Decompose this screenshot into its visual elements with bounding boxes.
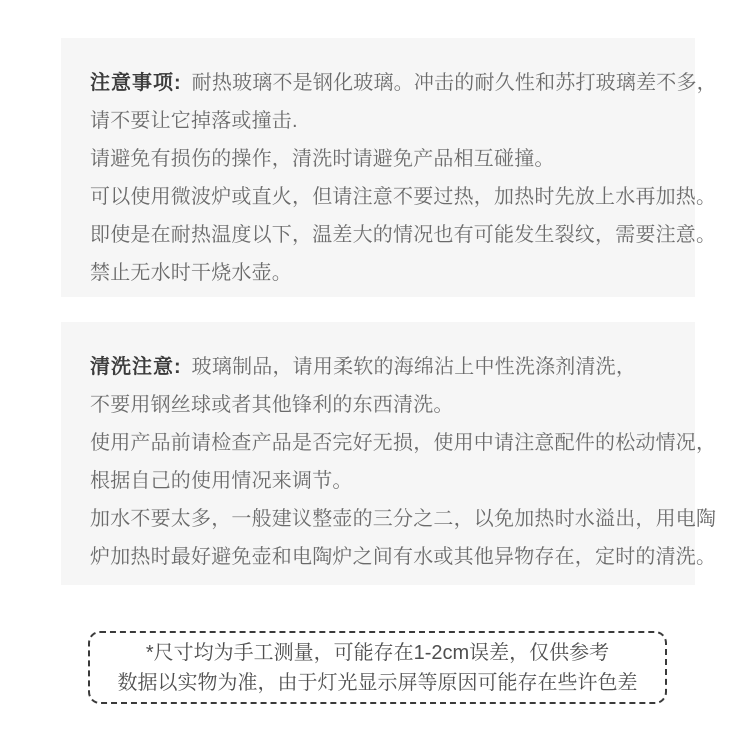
disclaimer-line: 数据以实物为准，由于灯光显示屏等原因可能存在些许色差	[118, 668, 638, 698]
notice-line: 可以使用微波炉或直火，但请注意不要过热，加热时先放上水再加热。	[90, 178, 671, 216]
notice-heading-line: 注意事项:耐热玻璃不是钢化玻璃。冲击的耐久性和苏打玻璃差不多，	[90, 64, 671, 102]
notice-heading-rest: 耐热玻璃不是钢化玻璃。冲击的耐久性和苏打玻璃差不多，	[192, 72, 717, 94]
disclaimer-box: *尺寸均为手工测量，可能存在1-2cm误差，仅供参考 数据以实物为准，由于灯光显…	[88, 631, 667, 704]
cleaning-line: 不要用钢丝球或者其他锋利的东西清洗。	[90, 386, 671, 424]
cleaning-heading: 清洗注意:	[90, 356, 182, 378]
notice-line: 即使是在耐热温度以下，温差大的情况也有可能发生裂纹，需要注意。	[90, 216, 671, 254]
product-care-page: 注意事项:耐热玻璃不是钢化玻璃。冲击的耐久性和苏打玻璃差不多， 请不要让它掉落或…	[0, 0, 750, 738]
notice-line: 请不要让它掉落或撞击.	[90, 102, 671, 140]
cleaning-line: 根据自己的使用情况来调节。	[90, 462, 671, 500]
notice-heading: 注意事项:	[90, 72, 182, 94]
cleaning-heading-line: 清洗注意:玻璃制品，请用柔软的海绵沾上中性洗涤剂清洗，	[90, 348, 671, 386]
cleaning-line: 炉加热时最好避免壶和电陶炉之间有水或其他异物存在，定时的清洗。	[90, 538, 671, 576]
cleaning-line: 使用产品前请检查产品是否完好无损，使用中请注意配件的松动情况，	[90, 424, 671, 462]
cleaning-section-card: 清洗注意:玻璃制品，请用柔软的海绵沾上中性洗涤剂清洗， 不要用钢丝球或者其他锋利…	[61, 322, 695, 585]
notice-line: 禁止无水时干烧水壶。	[90, 254, 671, 292]
notice-section-card: 注意事项:耐热玻璃不是钢化玻璃。冲击的耐久性和苏打玻璃差不多， 请不要让它掉落或…	[61, 38, 695, 297]
notice-line: 请避免有损伤的操作，清洗时请避免产品相互碰撞。	[90, 140, 671, 178]
disclaimer-line: *尺寸均为手工测量，可能存在1-2cm误差，仅供参考	[146, 638, 609, 668]
cleaning-line: 加水不要太多，一般建议整壶的三分之二，以免加热时水溢出，用电陶	[90, 500, 671, 538]
cleaning-heading-rest: 玻璃制品，请用柔软的海绵沾上中性洗涤剂清洗，	[192, 356, 636, 378]
